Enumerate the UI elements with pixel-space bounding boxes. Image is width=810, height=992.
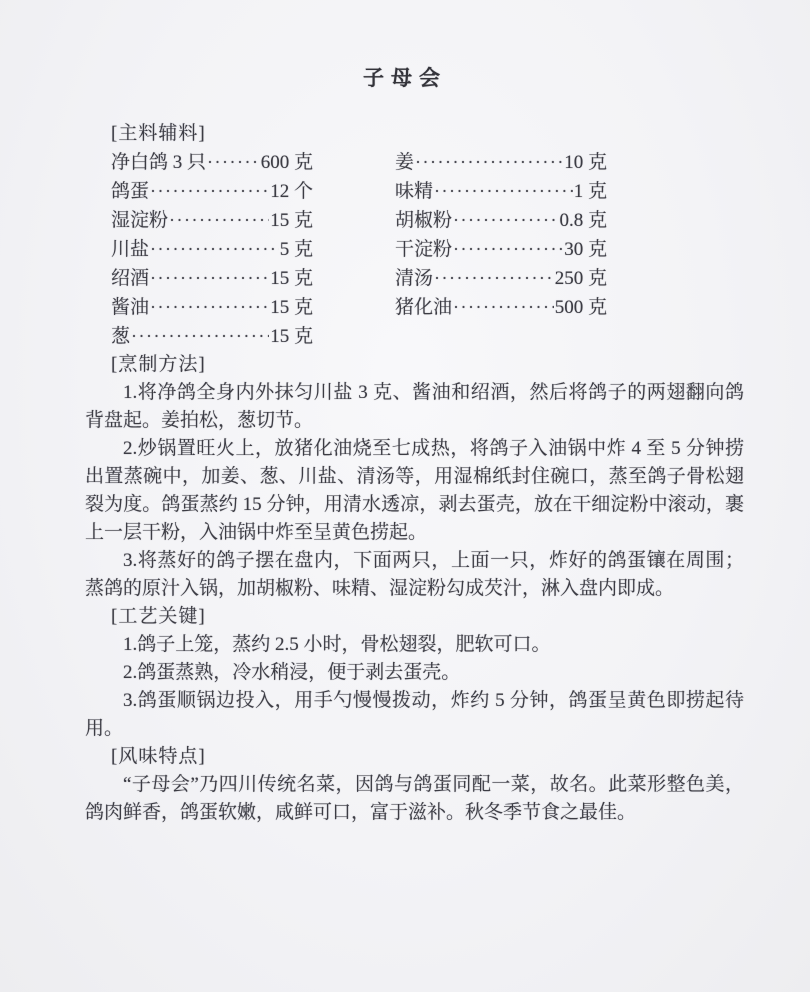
ingredient-name: 净白鸽 3 只 — [111, 148, 206, 177]
recipe-title: 子母会 — [0, 0, 810, 92]
ingredient-amount: 15 克 — [270, 206, 313, 235]
ingredient-amount: 12 个 — [270, 177, 313, 206]
ingredient-row: 鸽蛋 12 个 — [111, 177, 313, 206]
ingredient-row: 姜 10 克 — [395, 148, 607, 177]
method-step: 1.将净鸽全身内外抹匀川盐 3 克、酱油和绍酒，然后将鸽子的两翅翻向鸽背盘起。姜… — [85, 379, 744, 435]
ingredient-amount: 15 克 — [270, 264, 313, 293]
ingredient-row: 湿淀粉 15 克 — [111, 206, 313, 235]
ingredient-row: 川盐 5 克 — [111, 235, 313, 264]
ingredient-row: 酱油 15 克 — [111, 293, 313, 322]
key-step: 1.鸽子上笼，蒸约 2.5 小时，骨松翅裂，肥软可口。 — [85, 631, 744, 659]
section-header-method: [烹制方法] — [85, 351, 744, 379]
method-step: 3.将蒸好的鸽子摆在盘内，下面两只，上面一只，炸好的鸽蛋镶在周围；蒸鸽的原汁入锅… — [85, 547, 744, 603]
ingredient-amount: 15 克 — [270, 322, 313, 351]
ingredient-name: 酱油 — [111, 293, 149, 322]
ingredients-left-column: 净白鸽 3 只 600 克 鸽蛋 12 个 湿淀粉 15 克 川盐 — [111, 148, 313, 351]
ingredients-columns: 净白鸽 3 只 600 克 鸽蛋 12 个 湿淀粉 15 克 川盐 — [85, 148, 744, 351]
key-step: 3.鸽蛋顺锅边投入，用手勺慢慢拨动，炸约 5 分钟，鸽蛋呈黄色即捞起待用。 — [85, 687, 744, 743]
ingredient-row: 葱 15 克 — [111, 322, 313, 351]
ingredient-row: 胡椒粉 0.8 克 — [395, 206, 607, 235]
section-flavor: [风味特点] “子母会”乃四川传统名菜，因鸽与鸽蛋同配一菜，故名。此菜形整色美，… — [85, 743, 744, 827]
ingredient-name: 绍酒 — [111, 264, 149, 293]
ingredient-amount: 10 克 — [564, 148, 607, 177]
ingredient-amount: 600 克 — [261, 148, 313, 177]
dot-leader — [453, 235, 563, 264]
ingredient-name: 湿淀粉 — [111, 206, 168, 235]
section-header-flavor: [风味特点] — [85, 743, 744, 771]
method-step: 2.炒锅置旺火上，放猪化油烧至七成热，将鸽子入油锅中炸 4 至 5 分钟捞出置蒸… — [85, 435, 744, 547]
ingredient-name: 干淀粉 — [395, 235, 452, 264]
ingredient-amount: 250 克 — [555, 264, 607, 293]
dot-leader — [150, 293, 269, 322]
ingredient-amount: 500 克 — [555, 293, 607, 322]
section-method: [烹制方法] 1.将净鸽全身内外抹匀川盐 3 克、酱油和绍酒，然后将鸽子的两翅翻… — [85, 351, 744, 603]
key-step: 2.鸽蛋蒸熟，冷水稍浸，便于剥去蛋壳。 — [85, 659, 744, 687]
ingredient-amount: 0.8 克 — [559, 206, 607, 235]
ingredient-amount: 1 克 — [574, 177, 607, 206]
ingredients-right-column: 姜 10 克 味精 1 克 胡椒粉 0.8 克 干淀粉 30 克 — [395, 148, 607, 351]
recipe-body: [主料辅料] 净白鸽 3 只 600 克 鸽蛋 12 个 湿淀粉 15 克 — [85, 120, 744, 827]
ingredient-name: 鸽蛋 — [111, 177, 149, 206]
ingredient-row: 清汤 250 克 — [395, 264, 607, 293]
ingredient-row: 猪化油 500 克 — [395, 293, 607, 322]
ingredient-name: 味精 — [395, 177, 433, 206]
ingredient-amount: 30 克 — [564, 235, 607, 264]
dot-leader — [434, 177, 573, 206]
dot-leader — [453, 293, 554, 322]
dot-leader — [434, 264, 554, 293]
ingredient-name: 清汤 — [395, 264, 433, 293]
ingredient-row: 干淀粉 30 克 — [395, 235, 607, 264]
ingredient-name: 姜 — [395, 148, 414, 177]
dot-leader — [150, 235, 279, 264]
ingredient-name: 葱 — [111, 322, 130, 351]
dot-leader — [150, 264, 269, 293]
ingredient-name: 胡椒粉 — [395, 206, 452, 235]
dot-leader — [415, 148, 563, 177]
flavor-text: “子母会”乃四川传统名菜，因鸽与鸽蛋同配一菜，故名。此菜形整色美，鸽肉鲜香，鸽蛋… — [85, 771, 744, 827]
dot-leader — [453, 206, 558, 235]
dot-leader — [150, 177, 269, 206]
dot-leader — [207, 148, 260, 177]
section-header-ingredients: [主料辅料] — [85, 120, 744, 148]
ingredient-row: 净白鸽 3 只 600 克 — [111, 148, 313, 177]
ingredient-name: 川盐 — [111, 235, 149, 264]
ingredient-row: 绍酒 15 克 — [111, 264, 313, 293]
ingredient-row: 味精 1 克 — [395, 177, 607, 206]
ingredient-amount: 15 克 — [270, 293, 313, 322]
ingredient-amount: 5 克 — [280, 235, 313, 264]
ingredient-name: 猪化油 — [395, 293, 452, 322]
dot-leader — [169, 206, 269, 235]
section-header-keys: [工艺关键] — [85, 603, 744, 631]
scanned-recipe-page: 子母会 [主料辅料] 净白鸽 3 只 600 克 鸽蛋 12 个 湿淀粉 15 — [0, 0, 810, 992]
dot-leader — [131, 322, 269, 351]
section-keys: [工艺关键] 1.鸽子上笼，蒸约 2.5 小时，骨松翅裂，肥软可口。 2.鸽蛋蒸… — [85, 603, 744, 743]
